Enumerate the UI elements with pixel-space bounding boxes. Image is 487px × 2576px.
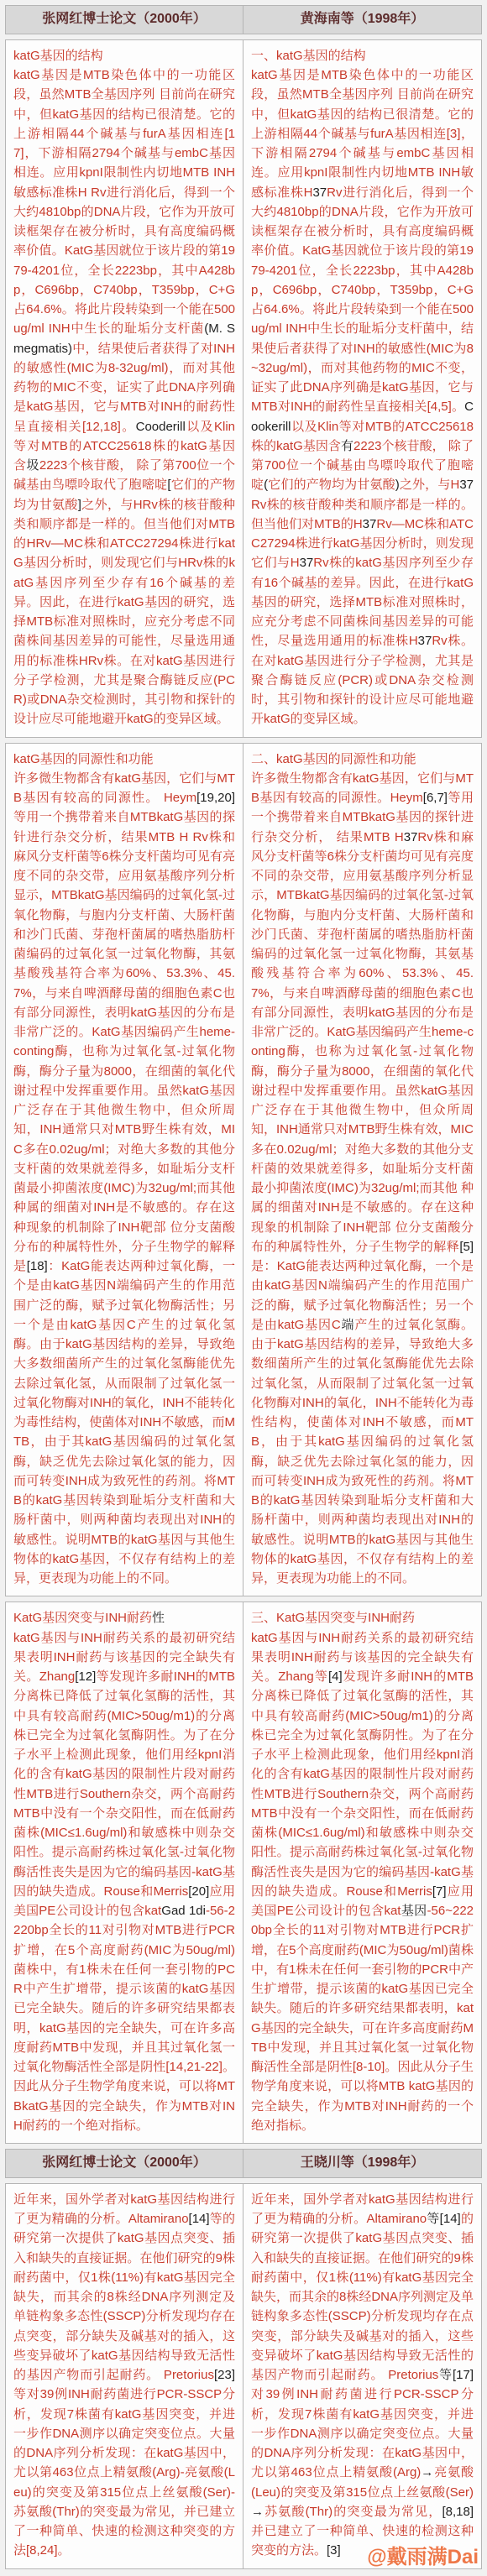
section-body: katG基因与INH耐药关系的最初研究结果表明INH耐药与该基因的完全缺失有关。… xyxy=(251,1628,474,2136)
comparison-cell-right: 近年来，国外学者对katG基因结构进行了更为精确的分析。Altamirano等[… xyxy=(243,2184,481,2568)
content-row: 近年来，国外学者对katG基因结构进行了更为精确的分析。Altamirano[1… xyxy=(5,2183,482,2569)
diff-text-run: 等[17] xyxy=(438,2368,474,2382)
section-body: katG基因与INH耐药关系的最初研究结果表明INH耐药与该基因的完全缺失有关。… xyxy=(13,1628,235,2136)
text-run: 的研究第一次提供了katG基因点突变、插入和缺失的直接证据。在他们研究的9株耐药… xyxy=(251,2212,474,2382)
diff-text-run: [5] xyxy=(459,1240,474,1254)
text-run: 之外，与H xyxy=(400,478,460,492)
page: 张网红博士论文（2000年）黄海南等（1998年）katG基因的结构katG基因… xyxy=(0,0,487,2576)
diff-text-run: 37 xyxy=(300,556,314,570)
text-run: katG基因的同源性和功能 xyxy=(13,752,154,766)
header-row: 张网红博士论文（2000年）黄海南等（1998年） xyxy=(5,5,482,34)
diff-text-run: Cooderill xyxy=(136,420,186,434)
comparison-cell-left: KatG基因突变与INH耐药性katG基因与INH耐药关系的最初研究结果表明IN… xyxy=(6,1602,243,2143)
text-run: 等对39例INH耐药菌进行PCR-SSCP分析，发现7株菌有katG基因突变，并… xyxy=(13,2387,235,2558)
content-row: katG基因的结构katG基因是MTB染色体中的一功能区段，虽然MTB全基因序列… xyxy=(5,39,482,738)
section-title: katG基因的同源性和功能 xyxy=(13,750,235,769)
column-header-left: 张网红博士论文（2000年） xyxy=(6,6,243,34)
header-row: 张网红博士论文（2000年）王晓川等（1998年） xyxy=(5,2149,482,2178)
column-header-right: 王晓川等（1998年） xyxy=(243,2150,481,2177)
diff-text-run: [6,7] xyxy=(423,791,448,805)
diff-text-run: [20] xyxy=(188,1884,209,1899)
diff-text-run: 基因 xyxy=(401,1904,427,1918)
text-run: 产生的过氧化氢酶。由于katG基因结构的差异，导致绝大多数细菌所产生的过氧化氢酶… xyxy=(251,1318,474,1586)
diff-text-run: 37 xyxy=(418,634,432,648)
comparison-rows: 张网红博士论文（2000年）黄海南等（1998年）katG基因的结构katG基因… xyxy=(5,5,482,2569)
section-body: 近年来，国外学者对katG基因结构进行了更为精确的分析。Altamirano[1… xyxy=(13,2190,235,2561)
text-run: katG基因的结构 xyxy=(13,49,103,63)
column-header-right: 黄海南等（1998年） xyxy=(243,6,481,34)
diff-text-run: 端 xyxy=(341,1318,355,1332)
text-run: -56-2220bp全长的11对引物对MTB进行PCR扩增，在5个高度耐药(MI… xyxy=(13,1904,235,2133)
text-run: 苏氨酸(Thr)的突变最为常见， xyxy=(264,2505,442,2519)
comparison-cell-right: 二、katG基因的同源性和功能许多微生物都含有katG基因，它们与MTB基因有较… xyxy=(243,744,481,1596)
comparison-table: 张网红博士论文（2000年）黄海南等（1998年）katG基因的结构katG基因… xyxy=(5,5,482,2569)
text-run: 它们的产物均为甘氨酸 xyxy=(268,478,395,492)
text-run: 一、katG基因的结构 xyxy=(251,49,366,63)
diff-text-run: 圾 xyxy=(26,458,39,473)
section-title: 二、katG基因的同源性和功能 xyxy=(251,750,474,769)
comparison-cell-left: katG基因的结构katG基因是MTB染色体中的一功能区段，虽然MTB全基因序列… xyxy=(6,40,243,737)
diff-text-run: [19,20] xyxy=(196,791,235,805)
diff-text-run: 有 xyxy=(341,439,353,453)
diff-text-run: → xyxy=(251,2505,264,2519)
section-title: 一、katG基因的结构 xyxy=(251,46,474,65)
section-body: 许多微生物都含有katG基因，它们与MTB基因有较高的同源性。Heym[6,7]… xyxy=(251,769,474,1589)
text-run: katG基因是MTB染色体中的一功能区段，虽然MTB全基因序列 目前尚在研究中，… xyxy=(13,68,235,336)
text-run: 等发现许多耐INH的MTB分离株已降低了过氧化氢酶的活性，其中具有较高耐药(MI… xyxy=(13,1669,235,1899)
column-header-left: 张网红博士论文（2000年） xyxy=(6,2150,243,2177)
diff-text-run: [18] xyxy=(27,1259,48,1273)
diff-text-run: [7] xyxy=(432,1884,447,1899)
content-row: KatG基因突变与INH耐药性katG基因与INH耐药关系的最初研究结果表明IN… xyxy=(5,1602,482,2144)
text-run: 等的研究第一次提供了katG基因点突变、插入和缺失的直接证据。在他们研究的9株耐… xyxy=(13,2212,235,2382)
text-run: 之外，与HRv株的核苷酸种类和顺序都是一样的。但当他们对MTB的HRv—MC株和… xyxy=(13,498,235,727)
content-row: katG基因的同源性和功能许多微生物都含有katG基因，它们与MTB基因有较高的… xyxy=(5,743,482,1597)
text-run: Rv株和麻风分支杆菌等6株分支杆菌均可见有亮度不同的杂交带，应用氨基酸序列分析显… xyxy=(251,830,474,1254)
text-run: 发现许多耐INH的MTB分离株已降低了过氧化氢酶的活性，其中具有较高耐药(MIC… xyxy=(251,1669,474,1899)
text-run: 等用一个携带着来自MTBkatG基因的探针进行杂交分析，结果MTB H Rv株和… xyxy=(13,810,235,1273)
diff-text-run: 37 xyxy=(312,185,327,200)
diff-text-run: [14] xyxy=(189,2212,210,2226)
text-run: ：KatG能表达两种过氧化酶，一个是由katG基因N端编码产生的作用范围广泛的酶… xyxy=(13,1259,235,1586)
diff-text-run: → xyxy=(421,2465,433,2479)
diff-text-run: 等[14] xyxy=(427,2212,461,2226)
section-title: katG基因的结构 xyxy=(13,46,235,65)
text-run: 二、katG基因的同源性和功能 xyxy=(251,752,416,766)
section-title: 三、KatG基因突变与INH耐药 xyxy=(251,1608,474,1628)
section-body: katG基因是MTB染色体中的一功能区段，虽然MTB全基因序列 目前尚在研究中，… xyxy=(251,65,474,729)
comparison-cell-left: 近年来，国外学者对katG基因结构进行了更为精确的分析。Altamirano[1… xyxy=(6,2184,243,2568)
section-body: katG基因是MTB染色体中的一功能区段，虽然MTB全基因序列 目前尚在研究中，… xyxy=(13,65,235,729)
diff-text-run: 性 xyxy=(152,1611,165,1625)
diff-text-run: 37 xyxy=(459,478,474,492)
diff-text-run: 37 xyxy=(363,517,377,531)
comparison-cell-left: katG基因的同源性和功能许多微生物都含有katG基因，它们与MTB基因有较高的… xyxy=(6,744,243,1596)
diff-text-run: [3] xyxy=(327,2543,341,2558)
section-body: 许多微生物都含有katG基因，它们与MTB基因有较高的同源性。 Heym[19,… xyxy=(13,769,235,1589)
diff-text-run: 37 xyxy=(404,830,418,844)
text-run: 并已建立了一种简单、快速的检测这种突变的方法。 xyxy=(251,2524,474,2558)
text-run: katG基因是MTB染色体中的一功能区段，虽然MTB全基因序列 目前尚在研究中，… xyxy=(251,68,474,200)
diff-text-run: [23] xyxy=(214,2368,235,2382)
diff-text-run: [12] xyxy=(75,1669,96,1684)
comparison-cell-right: 三、KatG基因突变与INH耐药katG基因与INH耐药关系的最初研究结果表明I… xyxy=(243,1602,481,2143)
text-run: 三、KatG基因突变与INH耐药 xyxy=(251,1611,415,1625)
section-body: 近年来，国外学者对katG基因结构进行了更为精确的分析。Altamirano等[… xyxy=(251,2190,474,2561)
comparison-cell-right: 一、katG基因的结构katG基因是MTB染色体中的一功能区段，虽然MTB全基因… xyxy=(243,40,481,737)
text-run: -56~2220bp全长的11对引物对MTB进行PCR扩增，在5个高度耐药(MI… xyxy=(251,1904,474,2133)
diff-text-run: Gad 1di xyxy=(161,1904,206,1918)
text-run: Rv进行消化后，得到一个大约4810bp的DNA片段，它作为开放可读框架存在被分… xyxy=(251,185,474,415)
diff-text-run: [4] xyxy=(328,1669,343,1684)
text-run: KatG基因突变与INH耐药 xyxy=(13,1611,152,1625)
diff-text-run: [8,18] xyxy=(442,2505,474,2519)
section-title: KatG基因突变与INH耐药性 xyxy=(13,1608,235,1628)
